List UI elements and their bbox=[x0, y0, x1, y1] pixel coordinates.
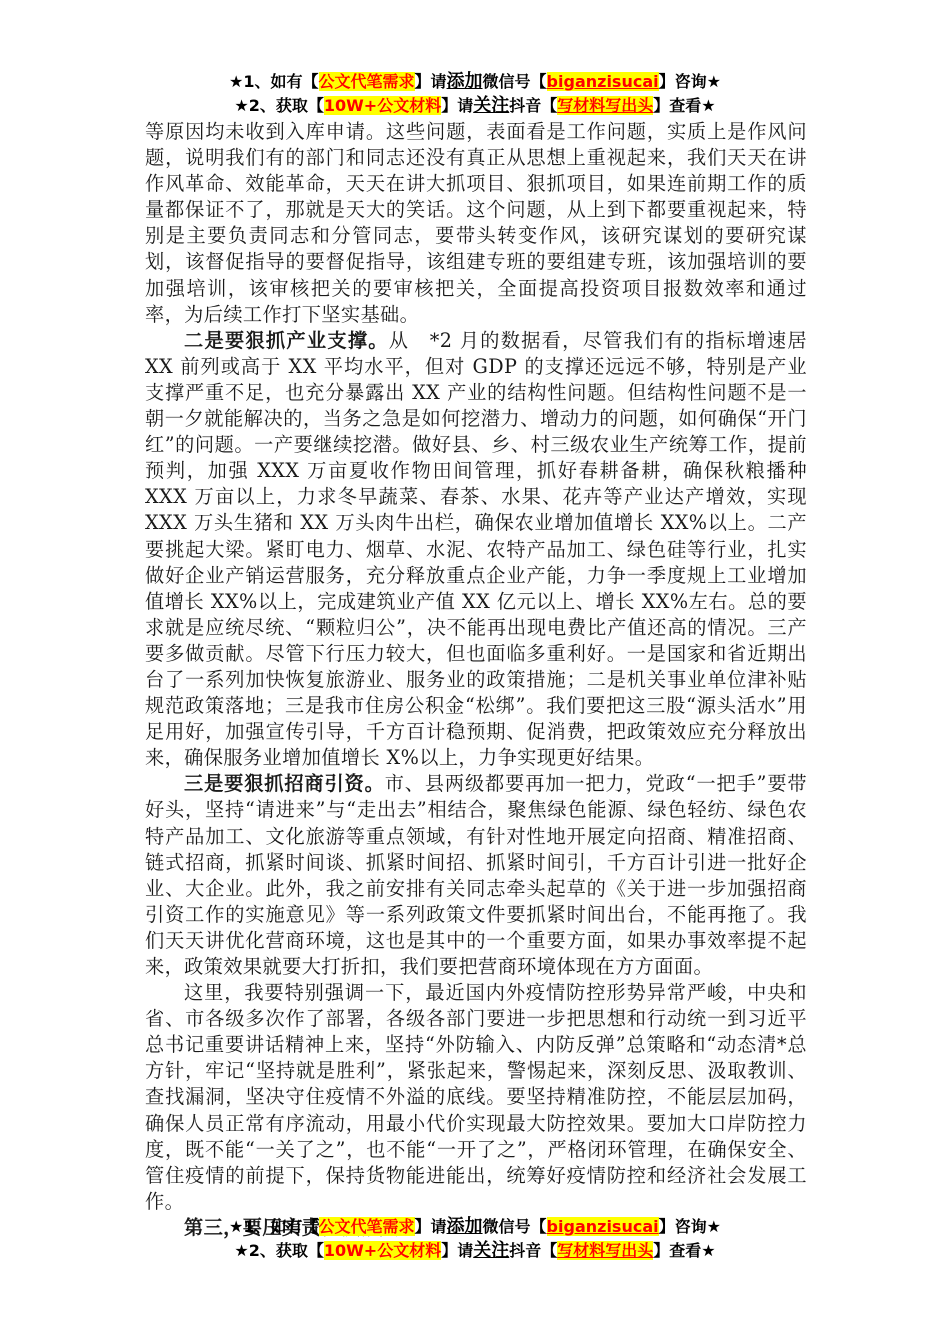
paragraph-text: 市、县两级都要再加一把力，党政“一把手”要带好头，坚持“请进来”与“走出去”相结… bbox=[145, 772, 807, 978]
underlined-follow: 关注 bbox=[473, 95, 509, 116]
promo-line-1: ★1、如有【公文代笔需求】请添加微信号【biganzisucai】咨询★ bbox=[0, 1215, 950, 1239]
paragraph-text: 这里，我要特别强调一下，最近国内外疫情防控形势异常严峻，中央和省、市各级多次作了… bbox=[145, 981, 807, 1213]
promo-text: 微信号【 bbox=[483, 1217, 547, 1236]
highlight-materials: 10W+公文材料 bbox=[324, 96, 441, 115]
douyin-account-link[interactable]: 写材料写出头 bbox=[557, 96, 653, 115]
paragraph-text: 从 *2 月的数据看，尽管我们有的指标增速居 XX 前列或高于 XX 平均水平，… bbox=[145, 329, 807, 770]
promo-text: 】查看★ bbox=[653, 1241, 715, 1260]
promo-text: 微信号【 bbox=[483, 72, 547, 91]
promo-line-2: ★2、获取【10W+公文材料】请关注抖音【写材料写出头】查看★ bbox=[0, 1239, 950, 1263]
document-body: 等原因均未收到入库申请。这些问题，表面看是工作问题，实质上是作风问题，说明我们有… bbox=[145, 119, 807, 1241]
underlined-follow: 关注 bbox=[473, 1240, 509, 1261]
promo-text: 】请 bbox=[441, 96, 473, 115]
underlined-add: 添加 bbox=[447, 1216, 483, 1237]
paragraph-heading: 二是要狠抓产业支撑。 bbox=[184, 329, 389, 352]
promo-line-1: ★1、如有【公文代笔需求】请添加微信号【biganzisucai】咨询★ bbox=[0, 70, 950, 94]
paragraph-heading: 三是要狠抓招商引资。 bbox=[184, 772, 385, 795]
promo-text: 】咨询★ bbox=[659, 72, 721, 91]
wechat-id-link[interactable]: biganzisucai bbox=[547, 72, 659, 91]
promo-text: ★2、获取【 bbox=[234, 96, 323, 115]
promo-text: 】请 bbox=[415, 1217, 447, 1236]
top-promo-banner: ★1、如有【公文代笔需求】请添加微信号【biganzisucai】咨询★ ★2、… bbox=[0, 70, 950, 118]
wechat-id-link[interactable]: biganzisucai bbox=[547, 1217, 659, 1236]
promo-text: ★1、如有【 bbox=[229, 1217, 318, 1236]
promo-text: 】咨询★ bbox=[659, 1217, 721, 1236]
highlight-service: 公文代笔需求 bbox=[319, 72, 415, 91]
promo-text: 抖音【 bbox=[509, 1241, 557, 1260]
underlined-add: 添加 bbox=[447, 71, 483, 92]
bottom-promo-banner: ★1、如有【公文代笔需求】请添加微信号【biganzisucai】咨询★ ★2、… bbox=[0, 1215, 950, 1263]
promo-line-2: ★2、获取【10W+公文材料】请关注抖音【写材料写出头】查看★ bbox=[0, 94, 950, 118]
highlight-service: 公文代笔需求 bbox=[319, 1217, 415, 1236]
paragraph: 等原因均未收到入库申请。这些问题，表面看是工作问题，实质上是作风问题，说明我们有… bbox=[145, 119, 807, 328]
paragraph: 三是要狠抓招商引资。市、县两级都要再加一把力，党政“一把手”要带好头，坚持“请进… bbox=[145, 771, 807, 980]
douyin-account-link[interactable]: 写材料写出头 bbox=[557, 1241, 653, 1260]
promo-text: ★1、如有【 bbox=[229, 72, 318, 91]
promo-text: 抖音【 bbox=[509, 96, 557, 115]
promo-text: 】请 bbox=[415, 72, 447, 91]
paragraph: 二是要狠抓产业支撑。从 *2 月的数据看，尽管我们有的指标增速居 XX 前列或高… bbox=[145, 328, 807, 772]
paragraph: 这里，我要特别强调一下，最近国内外疫情防控形势异常严峻，中央和省、市各级多次作了… bbox=[145, 980, 807, 1215]
promo-text: ★2、获取【 bbox=[234, 1241, 323, 1260]
document-page: ★1、如有【公文代笔需求】请添加微信号【biganzisucai】咨询★ ★2、… bbox=[0, 0, 950, 1344]
promo-text: 】请 bbox=[441, 1241, 473, 1260]
highlight-materials: 10W+公文材料 bbox=[324, 1241, 441, 1260]
promo-text: 】查看★ bbox=[653, 96, 715, 115]
paragraph-text: 等原因均未收到入库申请。这些问题，表面看是工作问题，实质上是作风问题，说明我们有… bbox=[145, 120, 807, 326]
